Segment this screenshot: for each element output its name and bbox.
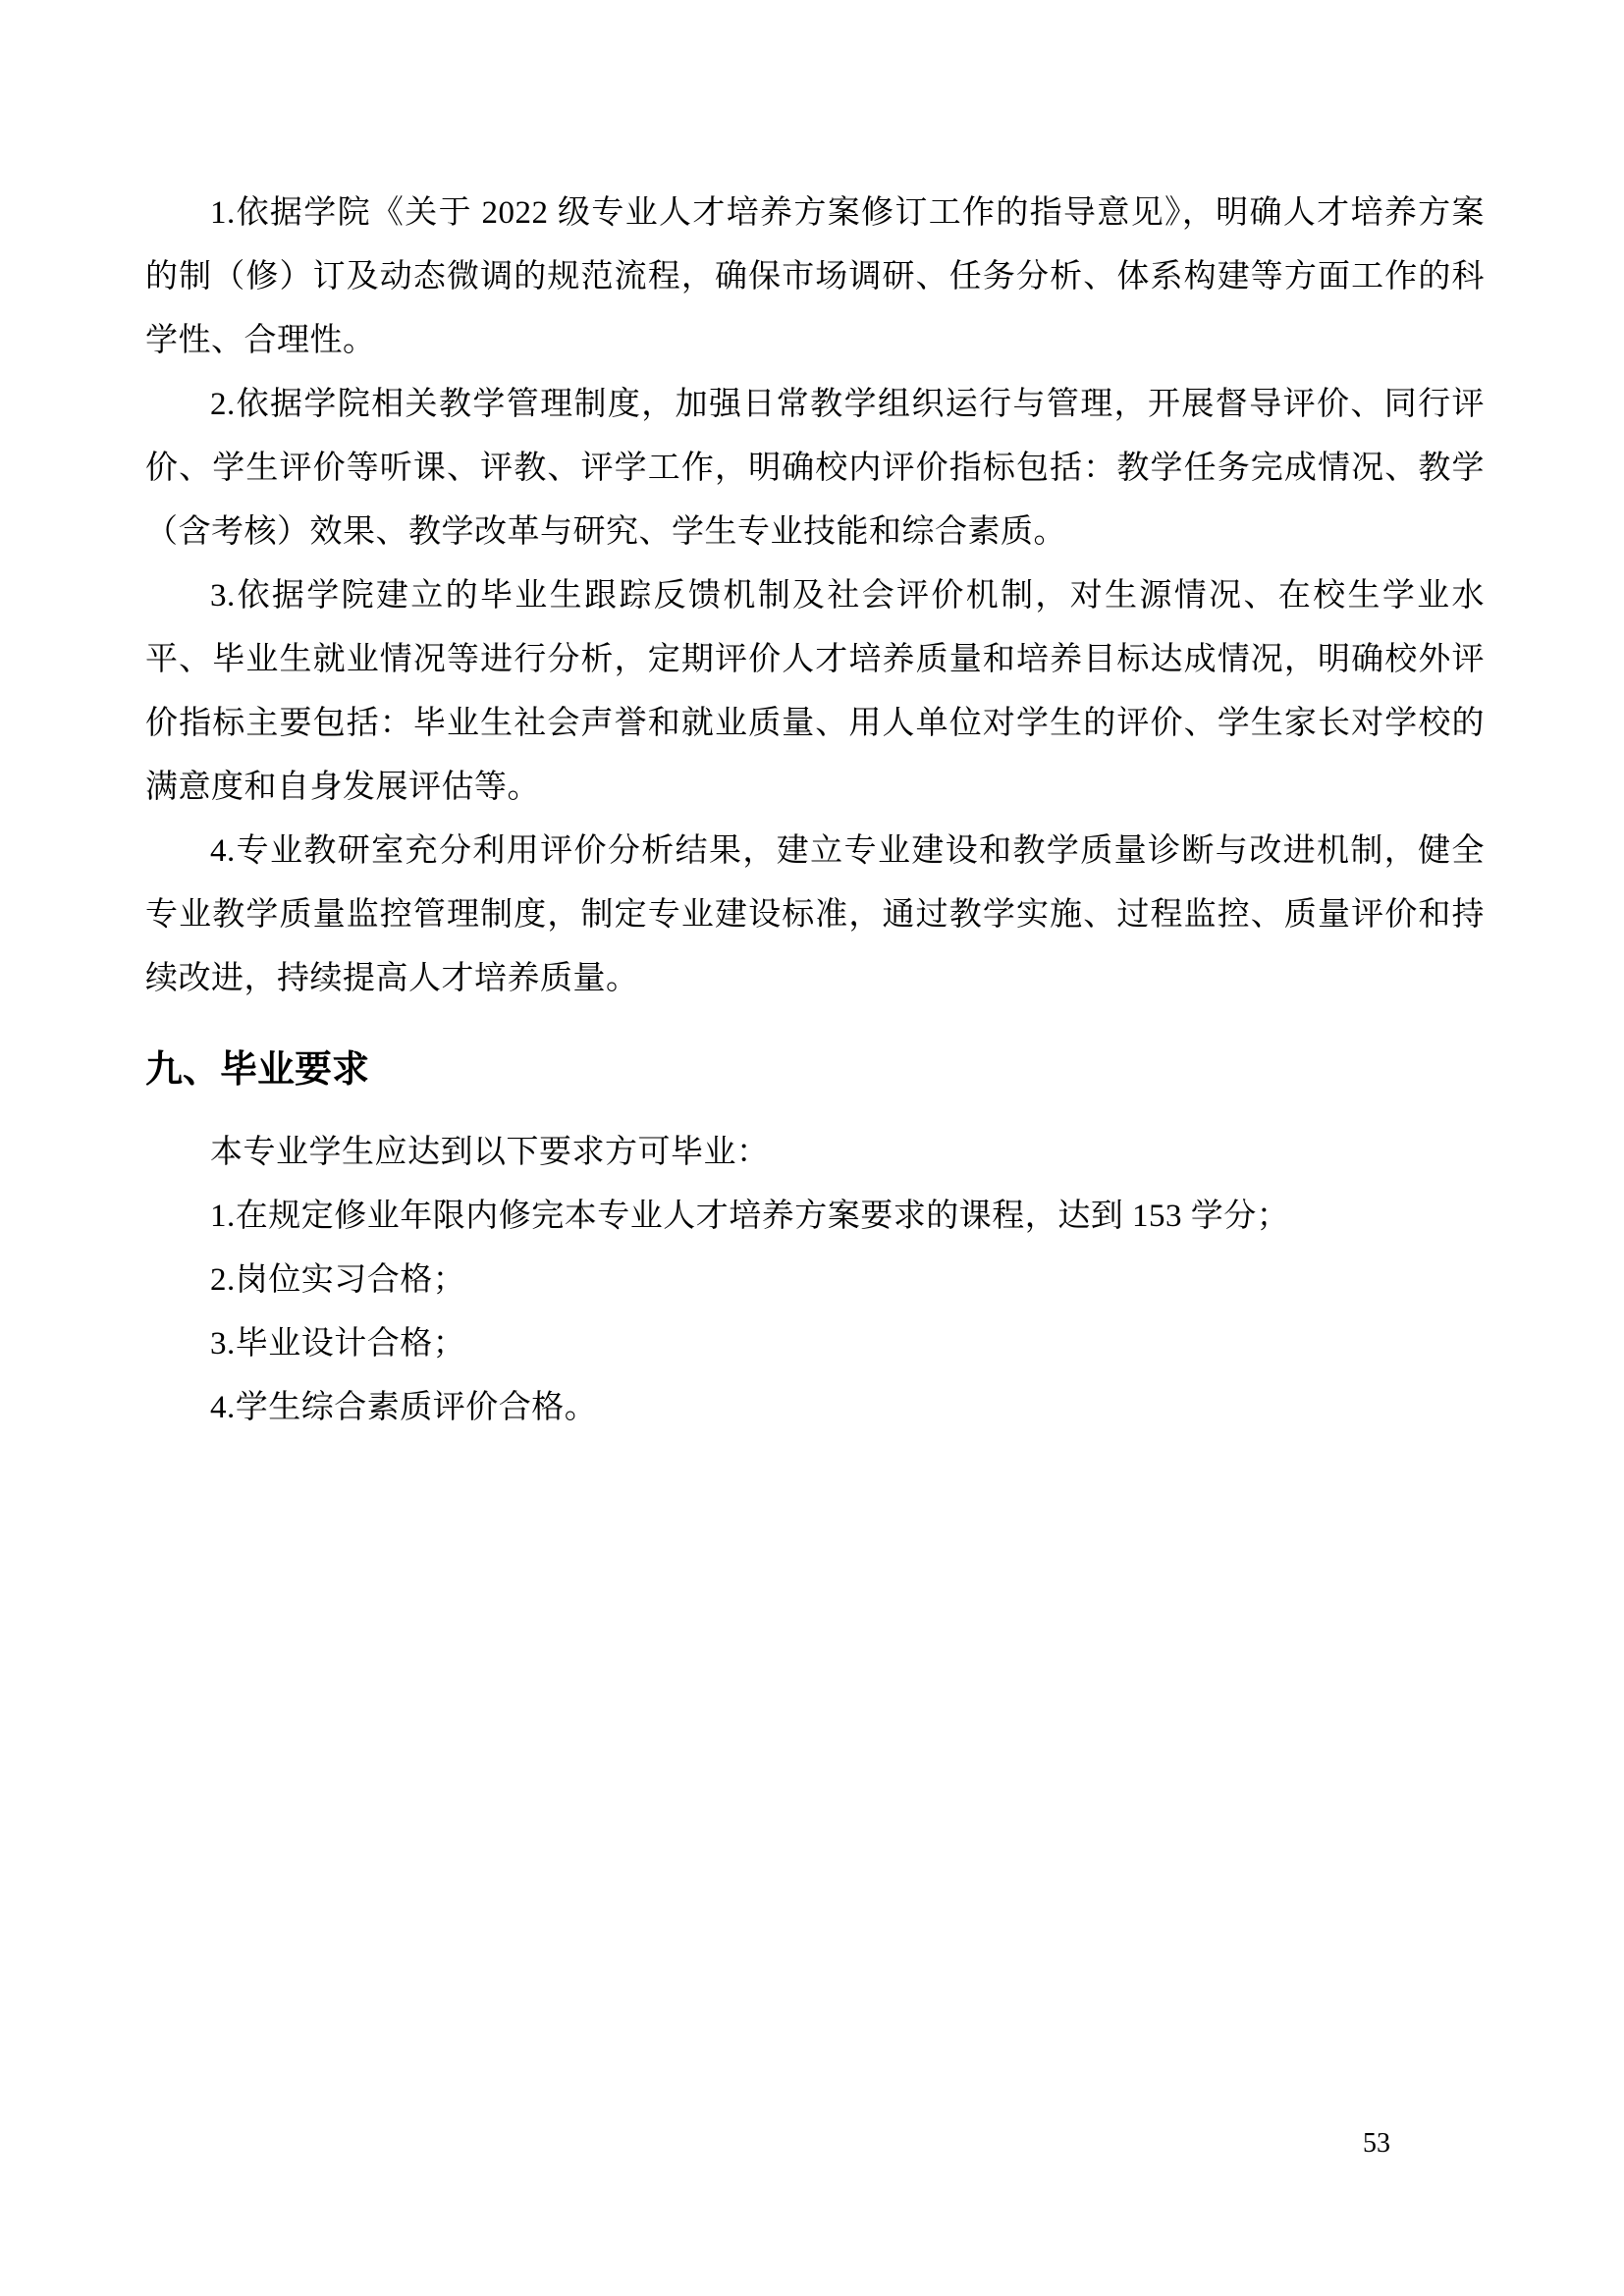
document-page: 1.依据学院《关于 2022 级专业人才培养方案修订工作的指导意见》，明确人才培… [0,0,1624,2296]
graduation-requirement-4: 4.学生综合素质评价合格。 [145,1376,1485,1440]
graduation-intro: 本专业学生应达到以下要求方可毕业： [145,1121,1485,1185]
graduation-requirement-1: 1.在规定修业年限内修完本专业人才培养方案要求的课程，达到 153 学分； [145,1185,1485,1249]
body-paragraph-1: 1.依据学院《关于 2022 级专业人才培养方案修订工作的指导意见》，明确人才培… [145,182,1485,373]
body-paragraph-3: 3.依据学院建立的毕业生跟踪反馈机制及社会评价机制，对生源情况、在校生学业水平、… [145,564,1485,820]
page-number: 53 [1363,2128,1390,2160]
graduation-requirement-2: 2.岗位实习合格； [145,1249,1485,1312]
graduation-requirement-3: 3.毕业设计合格； [145,1312,1485,1376]
section-heading-graduation-requirements: 九、毕业要求 [145,1043,1485,1097]
body-paragraph-4: 4.专业教研室充分利用评价分析结果，建立专业建设和教学质量诊断与改进机制，健全专… [145,820,1485,1011]
document-content: 1.依据学院《关于 2022 级专业人才培养方案修订工作的指导意见》，明确人才培… [0,0,1624,1440]
body-paragraph-2: 2.依据学院相关教学管理制度，加强日常教学组织运行与管理，开展督导评价、同行评价… [145,373,1485,564]
